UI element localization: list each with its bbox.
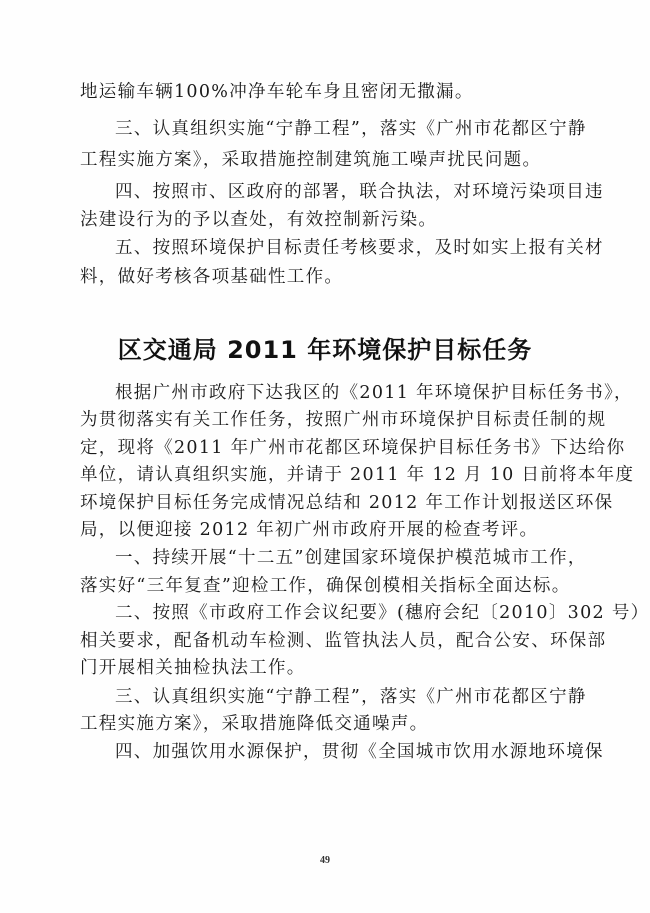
paragraph-line: 一、持续开展“十二五”创建国家环境保护模范城市工作，	[115, 546, 572, 570]
paragraph-line: 法建设行为的予以查处，有效控制新污染。	[80, 208, 572, 232]
paragraph-line: 二、按照《市政府工作会议纪要》(穗府会纪〔2010〕302 号）	[115, 601, 572, 625]
paragraph-line: 四、按照市、区政府的部署，联合执法，对环境污染项目违	[115, 180, 572, 204]
paragraph-line: 定，现将《2011 年广州市花都区环境保护目标任务书》下达给你	[80, 436, 572, 460]
paragraph-line: 相关要求，配备机动车检测、监管执法人员，配合公安、环保部	[80, 629, 572, 653]
paragraph-line: 三、认真组织实施“宁静工程”，落实《广州市花都区宁静	[115, 685, 572, 709]
paragraph-line: 局，以便迎接 2012 年初广州市政府开展的检查考评。	[80, 518, 572, 542]
paragraph-line: 五、按照环境保护目标责任考核要求，及时如实上报有关材	[115, 236, 572, 260]
paragraph-line: 工程实施方案》，采取措施控制建筑施工噪声扰民问题。	[80, 148, 572, 172]
paragraph-line: 落实好“三年复查”迎检工作，确保创模相关指标全面达标。	[80, 574, 572, 598]
paragraph-line: 工程实施方案》，采取措施降低交通噪声。	[80, 712, 572, 736]
paragraph-line: 为贯彻落实有关工作任务，按照广州市环境保护目标责任制的规	[80, 408, 572, 432]
paragraph-line: 地运输车辆100%冲净车轮车身且密闭无撒漏。	[80, 80, 572, 104]
paragraph-line: 四、加强饮用水源保护，贯彻《全国城市饮用水源地环境保	[115, 740, 572, 764]
paragraph-line: 环境保护目标任务完成情况总结和 2012 年工作计划报送区环保	[80, 491, 572, 515]
section-title: 区交通局 2011 年环境保护目标任务	[0, 330, 650, 365]
page-number: 49	[0, 855, 650, 866]
paragraph-line: 根据广州市政府下达我区的《2011 年环境保护目标任务书》，	[115, 381, 572, 405]
paragraph-line: 三、认真组织实施“宁静工程”，落实《广州市花都区宁静	[115, 117, 572, 141]
paragraph-line: 料，做好考核各项基础性工作。	[80, 265, 572, 289]
paragraph-line: 单位，请认真组织实施，并请于 2011 年 12 月 10 日前将本年度	[80, 463, 572, 487]
paragraph-line: 门开展相关抽检执法工作。	[80, 656, 572, 680]
